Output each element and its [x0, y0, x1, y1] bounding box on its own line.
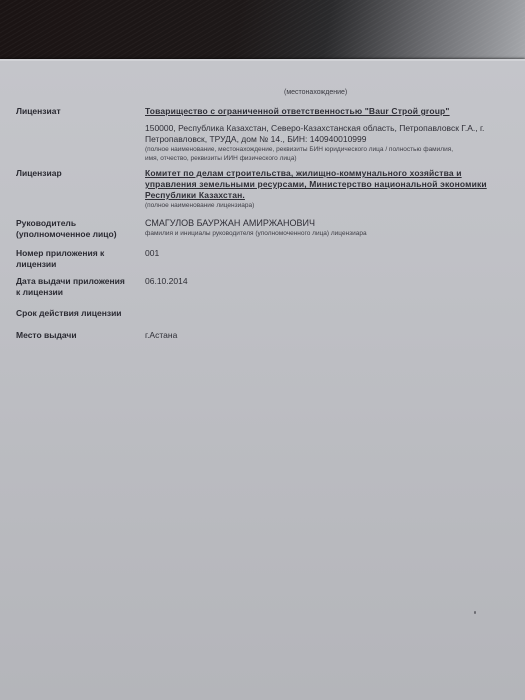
licensee-address-line-1: 150000, Республика Казахстан, Северо-Каз… [145, 123, 495, 134]
paper-speck [474, 611, 476, 614]
head-caption: фамилия и инициалы руководителя (уполном… [145, 229, 495, 238]
head-value: СМАГУЛОВ БАУРЖАН АМИРЖАНОВИЧ фамилия и и… [145, 218, 495, 238]
licensor-name-line-3: Республики Казахстан. [145, 190, 495, 201]
licensor-caption: (полное наименование лицензиара) [145, 201, 495, 210]
appendix-date-label: Дата выдачи приложения к лицензии [16, 276, 141, 298]
appendix-date-label-line-2: к лицензии [16, 287, 141, 298]
appendix-number-label-line-2: лицензии [16, 259, 141, 270]
licensee-address-line-2: Петропавловск, ТРУДА, дом № 14., БИН: 14… [145, 134, 495, 145]
head-label-line-2: (уполномоченное лицо) [16, 229, 141, 240]
desk-background [0, 0, 525, 62]
licensee-caption-line-2: имя, отчество, реквизиты ИИН физического… [145, 154, 495, 163]
licensee-name: Товарищество с ограниченной ответственно… [145, 106, 495, 117]
place-of-issue-label: Место выдачи [16, 330, 141, 341]
paper-edge [0, 59, 525, 61]
appendix-number-label: Номер приложения к лицензии [16, 248, 141, 270]
licensor-value: Комитет по делам строительства, жилищно-… [145, 168, 495, 210]
licensor-label: Лицензиар [16, 168, 141, 179]
appendix-date-value: 06.10.2014 [145, 276, 495, 287]
licensee-value: Товарищество с ограниченной ответственно… [145, 106, 495, 163]
licensor-name-line-1: Комитет по делам строительства, жилищно-… [145, 168, 495, 179]
location-caption: (местонахождение) [284, 89, 347, 96]
head-label: Руководитель (уполномоченное лицо) [16, 218, 141, 240]
appendix-number-label-line-1: Номер приложения к [16, 248, 141, 259]
licensee-caption-line-1: (полное наименование, местонахождение, р… [145, 145, 495, 154]
licensor-name-line-2: управления земельными ресурсами, Министе… [145, 179, 495, 190]
appendix-number-value: 001 [145, 248, 495, 259]
head-label-line-1: Руководитель [16, 218, 141, 229]
place-of-issue-value: г.Астана [145, 330, 495, 341]
head-name: СМАГУЛОВ БАУРЖАН АМИРЖАНОВИЧ [145, 218, 495, 229]
validity-label: Срок действия лицензии [16, 308, 156, 319]
licensee-label: Лицензиат [16, 106, 141, 117]
license-appendix-page: (местонахождение) Лицензиат Товарищество… [0, 59, 525, 700]
appendix-date-label-line-1: Дата выдачи приложения [16, 276, 141, 287]
